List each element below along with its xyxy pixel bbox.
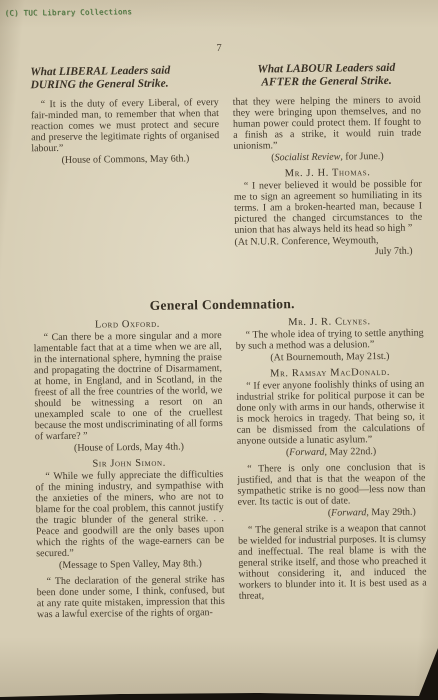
- main-right-column: Mr. J. R. Clynes. “ The whole idea of tr…: [235, 316, 427, 619]
- declaration-quote: “ The declaration of the general strike …: [37, 574, 226, 620]
- main-left-column: Lord Oxford. “ Can there be a more singu…: [33, 318, 225, 621]
- weapon-quote: “ The general strike is a weapon that ca…: [238, 523, 427, 602]
- clynes-quote: “ The whole idea of trying to settle any…: [236, 328, 424, 352]
- macdonald-attribution: (Forward, May 22nd.): [237, 446, 425, 459]
- liberal-attribution: (House of Commons, May 6th.): [31, 153, 219, 166]
- labour-heading-line1: What LABOUR Leaders said: [232, 62, 420, 77]
- page-number: 7: [0, 40, 438, 56]
- attribution-close: , May 29th.): [366, 507, 416, 519]
- attribution-close: , May 22nd.): [324, 446, 376, 458]
- labour-heading: What LABOUR Leaders said AFTER the Gener…: [232, 62, 420, 90]
- oxford-attribution: (House of Lords, May 4th.): [35, 441, 223, 454]
- page-content: (C) TUC Library Collections 7 What LIBER…: [0, 0, 438, 700]
- clynes-attribution: (At Bournemouth, May 21st.): [236, 351, 424, 364]
- top-right-column: What LABOUR Leaders said AFTER the Gener…: [232, 62, 422, 261]
- library-watermark: (C) TUC Library Collections: [5, 7, 132, 18]
- top-left-column: What LIBERAL Leaders said DURING the Gen…: [30, 64, 220, 263]
- attribution-close: , for June.): [340, 151, 383, 163]
- attribution-publication: Forward: [331, 507, 366, 518]
- oxford-quote: “ Can there be a more singular and a mor…: [34, 330, 223, 442]
- liberal-heading-line2: DURING the General Strike.: [30, 77, 218, 92]
- speaker-simon: Sir John Simon.: [35, 457, 223, 470]
- labour-continuation-quote: that they were helping the miners to avo…: [233, 95, 422, 152]
- thomas-attribution-line2: July 7th.): [235, 246, 423, 259]
- liberal-heading: What LIBERAL Leaders said DURING the Gen…: [30, 64, 218, 92]
- liberal-quote: “ It is the duty of every Liberal, of ev…: [31, 97, 220, 154]
- speaker-oxford: Lord Oxford.: [33, 318, 221, 331]
- main-columns: Lord Oxford. “ Can there be a more singu…: [33, 316, 427, 622]
- socialist-review-attribution: (Socialist Review, for June.): [233, 151, 421, 164]
- attribution-publication: Forward: [289, 447, 324, 458]
- attribution-publication: Socialist Review: [274, 152, 340, 164]
- speaker-macdonald: Mr. Ramsay MacDonald.: [236, 367, 424, 380]
- speaker-clynes: Mr. J. R. Clynes.: [235, 316, 423, 329]
- conclusion-attribution: (Forward, May 29th.): [238, 507, 426, 520]
- thomas-quote: “ I never believed it would be possible …: [234, 179, 423, 236]
- conclusion-quote: “ There is only one conclusion that is j…: [237, 462, 426, 508]
- simon-attribution: (Message to Spen Valley, May 8th.): [36, 558, 224, 571]
- simon-quote: “ While we fully appreciate the difficul…: [35, 469, 224, 559]
- section-heading: General Condemnation.: [3, 294, 438, 315]
- labour-heading-line2: AFTER the General Strike.: [232, 75, 420, 90]
- top-columns: What LIBERAL Leaders said DURING the Gen…: [30, 62, 422, 264]
- macdonald-quote: “ If ever anyone foolishly thinks of usi…: [236, 379, 425, 447]
- speaker-thomas: Mr. J. H. Thomas.: [234, 167, 422, 180]
